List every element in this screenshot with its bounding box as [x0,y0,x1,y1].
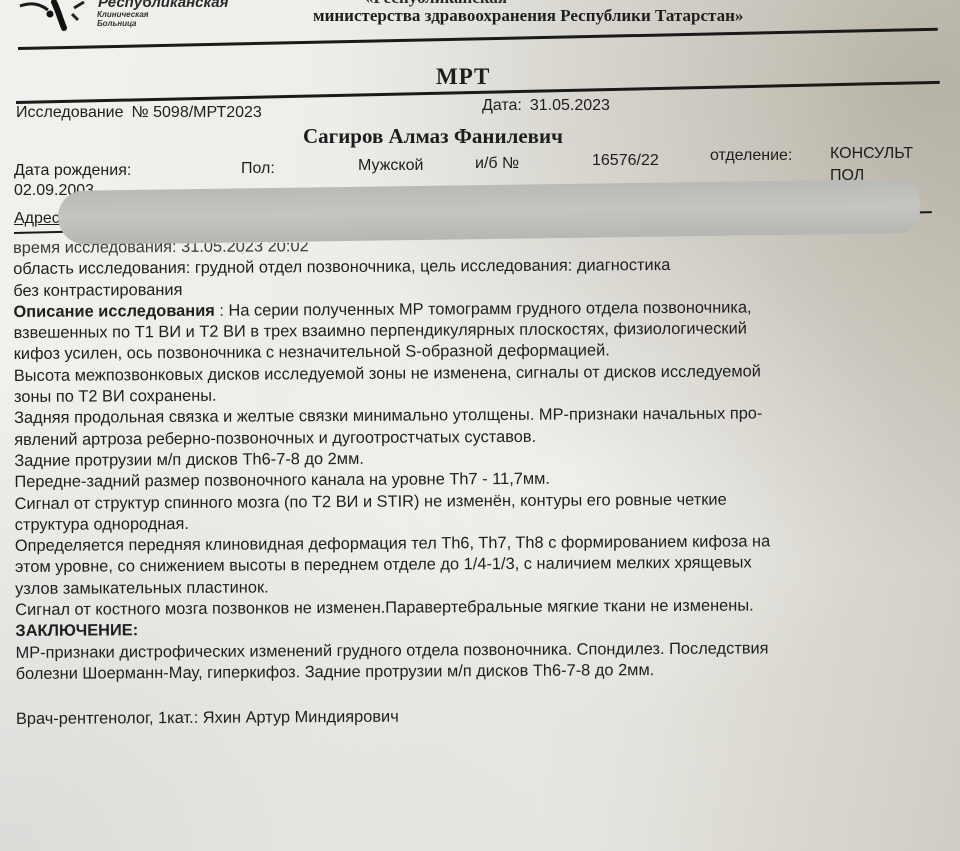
dob-label: Дата рождения: [14,162,131,180]
study-date-value: 31.05.2023 [530,97,610,114]
department-label: отделение: [710,147,792,165]
document-title: МРТ [436,64,490,90]
study-number: Исследование № 5098/МРТ2023 [16,104,262,122]
logo-text-lines: Клиническая Больница [97,10,148,28]
study-date: Дата: 31.05.2023 [482,97,610,115]
organization-name: министерства здравоохранения Республики … [313,6,743,26]
study-date-label: Дата: [482,97,522,114]
header-divider [18,28,938,50]
logo-text-line3: Больница [97,19,148,28]
description-line: : На серии полученных МР томограмм грудн… [215,298,752,319]
sex-value: Мужской [358,157,423,175]
study-number-label: Исследование [16,104,124,121]
description-label: Описание исследования [13,302,214,321]
history-number-value: 16576/22 [592,152,659,170]
logo-text-line2: Клиническая [97,10,148,19]
report-body: время исследования: 31.05.2023 20:02 обл… [13,232,956,730]
doctor-signature: Врач-рентгенолог, 1кат.: Яхин Артур Минд… [16,703,956,730]
study-number-value: № 5098/МРТ2023 [132,104,262,121]
history-number-label: и/б № [475,155,519,173]
patient-name: Сагиров Алмаз Фанилевич [303,124,563,149]
address-label: Адрес [14,210,60,228]
hospital-logo-icon [18,0,90,32]
sex-label: Пол: [241,160,275,178]
